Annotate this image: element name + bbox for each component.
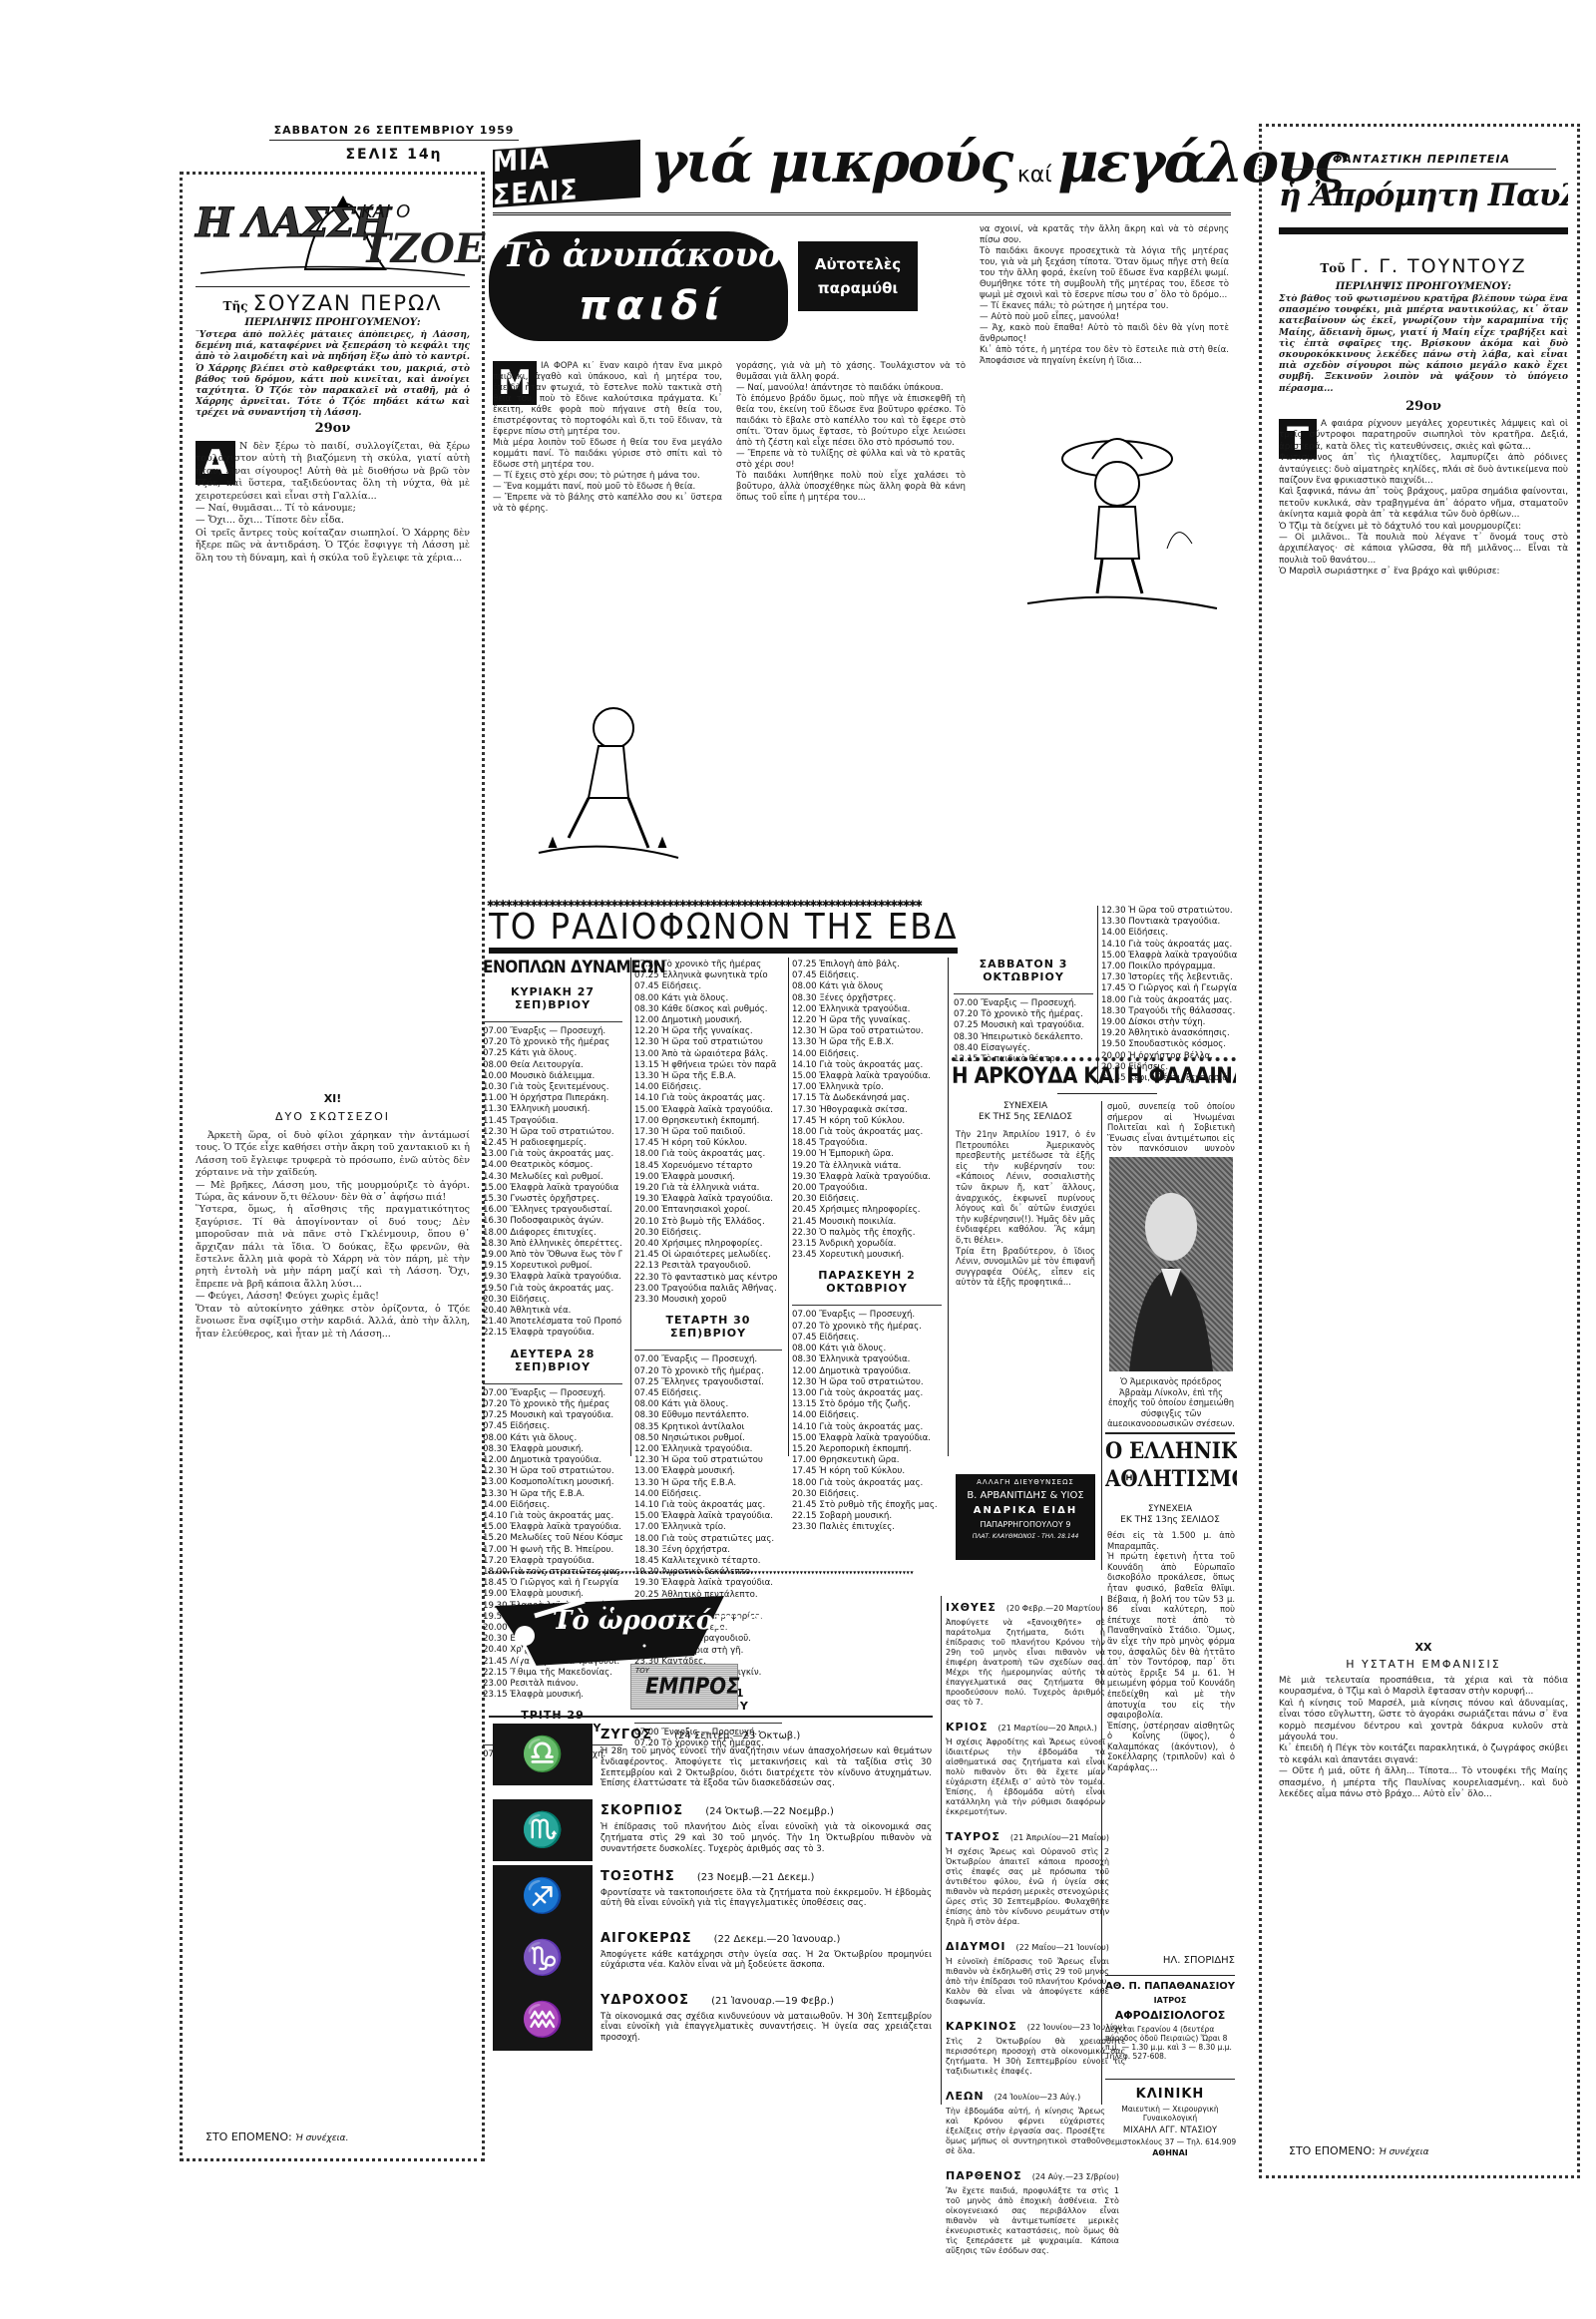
sports-cont-from: ΕΚ ΤΗΣ 13ης ΣΕΛΙΔΟΣ (1105, 1515, 1235, 1525)
sign-forecast: Ἂν ἔχετε παιδιά, προφυλάξτε τα στὶς 1 το… (946, 2186, 1119, 2256)
radio-program-item: 14.00 Εἰδήσεις. (483, 1500, 622, 1511)
column-rule (788, 958, 789, 1456)
radio-program-item: 14.10 Γιὰ τοὺς ἀκροατάς μας. (792, 1422, 942, 1433)
sign-forecast: Στὶς 2 Ὀκτωβρίου θὰ χρειασθῆτε περισσότε… (946, 2037, 1125, 2077)
radio-program-item: 08.30 Ἠπειρωτικὸ δεκάλεπτο. (954, 1032, 1093, 1043)
lassie-byline: Τῆς ΣΟΥΖΑΝ ΠΕΡΩΛ (196, 291, 470, 315)
next-issue-text: Ἡ συνέχεια (1379, 2147, 1428, 2157)
story-title-line2: παιδί (579, 283, 726, 329)
radio-program-item: 20.00 Ἑπτανησιακοὶ χοροί. (634, 1205, 782, 1216)
zodiac-symbol-icon: ♐ (493, 1865, 593, 1927)
radio-program-item: 17.45 Ἡ κόρη τοῦ Κύκλου. (792, 1466, 942, 1477)
radio-program-item: 19.30 Ἐλαφρὰ λαϊκὰ τραγούδια. (634, 1578, 782, 1589)
zodiac-symbol-icon: ♒ (493, 1989, 593, 2051)
radio-program-item: 11.30 Ἑλληνικὴ μουσική. (483, 1104, 622, 1115)
radio-program-item: 07.45 Εἰδήσεις. (792, 970, 942, 981)
radio-program-item: 12.00 Ἑλληνικὰ τραγούδια. (792, 1004, 942, 1015)
radio-program-item: 19.00 Ἡ Ἐμπορικὴ ὥρα. (792, 1149, 942, 1160)
clinic-ad: ΚΛΙΝΙΚΗ Μαιευτικὴ — Χειρουργικὴ Γυναικολ… (1105, 2087, 1235, 2157)
sign-header: ΚΡΙΟΣ(21 Μαρτίου—20 Ἀπριλ.) (946, 1716, 1105, 1735)
horoscope-sign: ΚΡΙΟΣ(21 Μαρτίου—20 Ἀπριλ.)Ἡ σχέσις Ἀφρο… (946, 1716, 1105, 1825)
radio-program-item: 18.00 Γιὰ τοὺς στρατιῶτες μας. (634, 1534, 782, 1545)
next-issue-note: ΣΤΟ ΕΠΟΜΕΝΟ: Ἡ συνέχεια. (205, 2130, 465, 2143)
section-roman: XX (1279, 1641, 1568, 1654)
radio-program-item: 22.30 Τὸ φανταστικὸ μας κέντρο (634, 1273, 782, 1284)
boy-with-hat-illustration (1017, 419, 1227, 618)
radio-program-item: 15.20 Μελωδίες τοῦ Νέου Κόσμου. (483, 1533, 622, 1544)
kids-banner-label: ΜΙΑ ΣΕΛΙΣ (493, 136, 640, 211)
lassie-title-art: Η ΛΑΣΣΗ ΚΑΙ Ο ΤΖΟΕ (196, 190, 470, 281)
sign-dates: (24 Αὐγ.—23 Σ/βρίου) (1032, 2172, 1119, 2181)
radio-program-item: 19.00 Ἐλαφρὰ μουσική. (634, 1172, 782, 1183)
sign-header: ΖΥΓΟΣ(24 Σεπτεμ.—23 Ὀκτωβ.) (600, 1724, 932, 1742)
dotted-divider: ▾▾▾▾▾▾▾▾▾▾▾▾▾▾▾▾▾▾▾▾▾▾▾▾▾▾▾▾▾▾▾▾▾▾▾▾▾▾▾▾… (487, 1568, 1235, 1577)
radio-program-item: 07.20 Τὸ χρονικὸ τῆς ἡμέρας (634, 960, 782, 970)
story-title-art: Τὸ ἀνυπάκουο παιδί (489, 231, 788, 341)
radio-program-item: 17.45 Ἡ κόρη τοῦ Κύκλου. (792, 1116, 942, 1127)
sign-header: ΔΙΔΥΜΟΙ(22 Μαΐου—21 Ἰουνίου) (946, 1935, 1109, 1954)
lassie-body-part2: Ἀρκετὴ ὥρα, οἱ δυὸ φίλοι χάρηκαν τὴν ἀντ… (196, 1130, 470, 2123)
radio-program-item: 12.45 Ἡ ραδιοεφημερίς. (483, 1138, 622, 1149)
radio-program-item: 13.00 Γιὰ τοὺς ἀκροατάς μας. (483, 1149, 622, 1160)
radio-program-item: 15.00 Ἐλαφρὰ λαϊκὰ τραγούδια. (792, 1433, 942, 1444)
banner-kai: καί (1017, 163, 1052, 188)
radio-program-item: 08.00 Θεία Λειτουργία. (483, 1060, 622, 1071)
radio-program-item: 18.45 Τραγούδια. (792, 1138, 942, 1149)
radio-program-item: 08.00 Κάτι γιὰ ὅλους (792, 981, 942, 992)
radio-program-item: 14.10 Γιὰ τοὺς ἀκροατάς μας. (792, 1060, 942, 1071)
radio-col-5: 12.30 Ἡ ὥρα τοῦ στρατιώτου.13.30 Ποντιακ… (1097, 906, 1237, 1055)
sign-forecast: Ἡ ἐπίδρασις τοῦ πλανήτου Διὸς εἶναι εὐνο… (600, 1822, 932, 1854)
falling-boy-icon (519, 688, 688, 868)
divider (1105, 1432, 1235, 1434)
ad-product: ΑΝΔΡΙΚΑ ΕΙΔΗ (956, 1505, 1095, 1516)
radio-program-item: 14.30 Μελωδίες καὶ ρυθμοί. (483, 1172, 622, 1183)
radio-program-item: 07.25 Ἕλληνες τραγουδισταί. (634, 1377, 782, 1388)
radio-program-item: 23.00 Τραγούδια παλιᾶς Ἀθήνας. (634, 1284, 782, 1295)
radio-station-name: ΕΝΟΠΛΩΝ ΔΥΝΑΜΕΩΝ (483, 958, 622, 977)
radio-day-heading: ΤΕΤΑΡΤΗ 30 ΣΕΠ)ΒΡΙΟΥ (634, 1314, 782, 1351)
portrait-photo-icon (1109, 1157, 1233, 1371)
radio-program-item: 08.00 Κάτι γιὰ ὅλους. (634, 993, 782, 1004)
horoscope-sign: ♑ΑΙΓΟΚΕΡΩΣ(22 Δεκεμ.—20 Ἰανουαρ.)Ἀποφύγε… (493, 1927, 932, 1989)
clinic-city: ΑΘΗΝΑΙ (1105, 2148, 1235, 2157)
radio-program-item: 13.00 Ἀπὸ τὰ ὡραιότερα βάλς. (634, 1049, 782, 1060)
sports-signature: ΗΛ. ΣΠΟΡΙΔΗΣ (1107, 1955, 1235, 1966)
sign-dates: (24 Ἰουλίου—23 Αὐγ.) (995, 2093, 1081, 2102)
radio-program-item: 17.00 Θρησκευτικὴ ὥρα. (792, 1455, 942, 1466)
horoscope-sign: ΛΕΩΝ(24 Ἰουλίου—23 Αὐγ.)Τὴν ἑβδομάδα αὐτ… (946, 2085, 1105, 2164)
column-rule (948, 958, 949, 1456)
radio-program-item: 17.00 Ἑλληνικὰ τρίο. (792, 1082, 942, 1093)
chapter-title: ΔΥΟ ΣΚΩΤΣΕΖΟΙ (196, 1110, 470, 1123)
fairy-tale-tag: Αὐτοτελὲς παραμύθι (798, 241, 918, 311)
radio-program-item: 19.00 Ἀπὸ τὸν Ὄθωνα ἕως τὸν Παῦλο. (483, 1250, 622, 1261)
radio-program-item: 08.30 Εὔθυμο πεντάλεπτο. (634, 1410, 782, 1421)
next-issue-text: Ἡ συνέχεια. (295, 2133, 348, 2143)
chapter-roman: XI! (196, 1092, 470, 1105)
sign-name: ΠΑΡΘΕΝΟΣ (946, 2169, 1022, 2182)
radio-schedule-sunday: 07.00 Ἔναρξις — Προσευχή.07.20 Τὸ χρονικ… (483, 1026, 622, 1340)
radio-program-item: 14.00 Θεατρικὸς κόσμος. (483, 1160, 622, 1171)
radio-program-item: 17.30 Ἡ ὥρα τοῦ παιδιοῦ. (634, 1127, 782, 1138)
radio-program-item: 15.00 Ἐλαφρὰ λαϊκὰ τραγούδια (483, 1183, 622, 1194)
fairy-tale-col3-cont (980, 623, 1229, 873)
radio-program-item: 23.15 Ἀνδρικὴ χορωδία. (792, 1239, 942, 1250)
radio-program-item: 18.00 Γιὰ τοὺς ἀκροατάς μας. (792, 1478, 942, 1489)
radio-program-item: 21.45 Στὸ ρυθμὸ τῆς ἐποχῆς μας. (792, 1500, 942, 1511)
radio-program-item: 23.30 Μουσικὴ χοροῦ (634, 1295, 782, 1306)
radio-program-item: 14.00 Εἰδήσεις. (634, 1489, 782, 1500)
radio-program-item: 19.00 Δίσκοι στὴν τύχη. (1101, 1017, 1237, 1028)
zodiac-symbol-icon: ♎ (493, 1724, 593, 1785)
sign-forecast: Ἡ σχέσις Ἄρεως καὶ Οὐρανοῦ στὶς 2 Ὀκτωβρ… (946, 1847, 1109, 1927)
radio-program-item: 20.30 Εἰδήσεις. (792, 1194, 942, 1205)
radio-program-item: 19.30 Ἐλαφρὰ λαϊκὰ τραγούδια. (634, 1194, 782, 1205)
horoscope-left-list: ♎ΖΥΓΟΣ(24 Σεπτεμ.—23 Ὀκτωβ.)Ἡ 28η τοῦ μη… (493, 1724, 932, 2054)
radio-program-item: 12.30 Ἡ ὥρα τοῦ στρατιώτου. (792, 1026, 942, 1037)
radio-schedule-tuesday-cont: 07.20 Τὸ χρονικὸ τῆς ἡμέρας07.25 Ἑλληνικ… (634, 960, 782, 1306)
sign-dates: (21 Μαρτίου—20 Ἀπριλ.) (998, 1724, 1097, 1733)
radio-schedule-friday: 07.00 Ἔναρξις — Προσευχή.07.20 Τὸ χρονικ… (792, 1310, 942, 1533)
radio-program-item: 17.00 Ποικίλο πρόγραμμα. (1101, 962, 1237, 972)
sign-name: ΤΑΥΡΟΣ (946, 1830, 1000, 1843)
radio-program-item: 14.10 Γιὰ τοὺς ἀκροατάς μας. (483, 1511, 622, 1522)
next-issue-label: ΣΤΟ ΕΠΟΜΕΝΟ: (205, 2130, 292, 2143)
radio-program-item: 21.45 Μουσικὴ ποικιλία. (792, 1217, 942, 1228)
horoscope-sign: ΚΑΡΚΙΝΟΣ(22 Ἰουνίου—23 Ἰουλίου)Στὶς 2 Ὀκ… (946, 2015, 1105, 2085)
boy-walking-icon (1017, 419, 1227, 618)
radio-program-item: 18.00 Διάφορες ἐπιτυχίες. (483, 1228, 622, 1239)
sign-name: ΥΔΡΟΧΟΟΣ (600, 1993, 689, 2008)
radio-program-item: 19.20 Γιὰ τὰ ἑλληνικὰ νιάτα. (634, 1183, 782, 1194)
radio-program-item: 18.45 Ὁ Γιῶργος καὶ ἡ Γεωργία (483, 1578, 622, 1589)
radio-program-item: 12.00 Δημοτικὴ μουσική. (634, 1015, 782, 1026)
radio-day-heading: ΚΥΡΙΑΚΗ 27 ΣΕΠ)ΒΡΙΟΥ (483, 985, 622, 1022)
radio-program-item: 13.30 Ἡ ὥρα τῆς Ε.Β.Χ. (792, 1037, 942, 1048)
radio-program-item: 07.00 Ἔναρξις — Προσευχή. (792, 1310, 942, 1321)
radio-program-item: 18.30 Ξένη ὀρχήστρα. (634, 1545, 782, 1556)
horoscope-publisher: ΤΟΥ ΕΜΠΡΟΣ (630, 1664, 738, 1710)
column-rule (941, 1596, 942, 2105)
radio-program-item: 15.00 Ἐλαφρὰ λαϊκὰ τραγούδια. (1101, 951, 1237, 962)
radio-program-item: 07.45 Εἰδήσεις. (634, 981, 782, 992)
radio-program-item: 17.00 Ἡ φωνὴ τῆς Β. Ἠπείρου. (483, 1545, 622, 1556)
sign-dates: (23 Νοεμβ.—21 Δεκεμ.) (697, 1872, 815, 1883)
horoscope-title: Τὸ ὡροσκόπιον (553, 1606, 780, 1636)
radio-program-item: 07.25 Κάτι γιὰ ὅλους. (483, 1048, 622, 1059)
radio-schedule-saturday: 07.00 Ἔναρξις — Προσευχή.07.20 Τὸ χρονικ… (954, 998, 1093, 1065)
radio-program-item: 08.35 Κρητικοὶ ἀντίλαλοι (634, 1422, 782, 1433)
radio-program-item: 18.45 Χορευόμενο τέταρτο (634, 1161, 782, 1172)
sign-dates: (21 Ἀπριλίου—21 Μαΐου) (1010, 1833, 1109, 1842)
column-rule (630, 958, 631, 1456)
radio-program-item: 17.45 Ὁ Γιῶργος καὶ ἡ Γεωργία. (1101, 983, 1237, 994)
sports-body: θέσι εἰς τὰ 1.500 μ. ἀπὸ Μπαραμπᾶς. Ἡ πρ… (1107, 1530, 1235, 1949)
radio-program-item: 19.20 Ἀθλητικὸ ἀνασκόπησις. (1101, 1028, 1237, 1039)
publisher-name: ΕΜΠΡΟΣ (645, 1675, 740, 1700)
radio-program-item: 07.25 Ἐπιλογὴ ἀπὸ βάλς. (792, 960, 942, 970)
radio-program-item: 18.00 Γιὰ τοὺς ἀκροατάς μας. (792, 1127, 942, 1138)
radio-program-item: 19.20 Τὰ ἑλληνικὰ νιάτα. (792, 1161, 942, 1172)
bear-whale-title: Η ΑΡΚΟΥΔΑ ΚΑΙ Η ΦΑΛΑΙΝΑ (952, 1064, 1236, 1089)
radio-program-item: 21.40 Ἀποτελέσματα τοῦ Προπό. (483, 1317, 622, 1328)
radio-program-item: 07.20 Τὸ χρονικὸ τῆς ἡμέρας (483, 1037, 622, 1048)
papathanasiou-ad: ΑΘ. Π. ΠΑΠΑΘΑΝΑΣΙΟΥ ΙΑΤΡΟΣ ΑΦΡΟΔΙΣΙΟΛΟΓΟ… (1105, 1981, 1235, 2061)
horoscope-sign: ΙΧΘΥΕΣ(20 Φεβρ.—20 Μαρτίου)Ἀποφύγετε νὰ … (946, 1596, 1105, 1716)
radio-program-item: 07.20 Τὸ χρονικὸ τῆς ἡμέρας. (954, 1009, 1093, 1020)
radio-program-item: 20.10 Στὸ βωμὸ τῆς Ἑλλάδος. (634, 1217, 782, 1228)
radio-program-item: 17.20 Ἐλαφρὰ τραγούδια. (483, 1556, 622, 1567)
radio-program-item: 07.25 Μουσικὴ καὶ τραγούδια. (483, 1410, 622, 1421)
radio-program-item: 18.45 Καλλιτεχνικὸ τέταρτο. (634, 1556, 782, 1567)
radio-program-item: 15.00 Ἐλαφρὰ λαϊκὰ τραγούδια. (634, 1511, 782, 1522)
joe-title-word: ΤΖΟΕ (361, 225, 485, 272)
radio-program-item: 16.00 Ἕλληνες τραγουδισταί. (483, 1205, 622, 1216)
sports-title-line2: ΑΘΛΗΤΙΣΜΟΣ (1105, 1466, 1237, 1492)
radio-program-item: 12.00 Δημοτικὰ τραγούδια. (483, 1455, 622, 1466)
doctor-role: ΙΑΤΡΟΣ (1105, 1996, 1235, 2005)
radio-program-item: 12.00 Ἑλληνικὰ τραγούδια. (634, 1444, 782, 1455)
radio-program-item: 11.00 Ἡ ὀρχήστρα Πιπεράκη. (483, 1093, 622, 1104)
radio-program-item: 08.50 Νησιώτικοι ρυθμοί. (634, 1433, 782, 1444)
horoscope-right-list: ΙΧΘΥΕΣ(20 Φεβρ.—20 Μαρτίου)Ἀποφύγετε νὰ … (946, 1596, 1105, 2264)
radio-program-item: 12.20 Ἡ ὥρα τῆς γυναίκας. (634, 1026, 782, 1037)
paulina-summary: Στὸ βάθος τοῦ φωτισμένου κρατῆρα βλέπουν… (1279, 294, 1568, 394)
page-number: ΣΕΛΙΣ 14η (269, 147, 519, 163)
radio-program-item: 17.45 Ἡ κόρη τοῦ Κύκλου. (634, 1138, 782, 1149)
ad-address: ΠΑΠΑΡΡΗΓΟΠΟΥΛΟΥ 9 (956, 1520, 1095, 1529)
radio-program-item: 14.00 Εἰδήσεις. (634, 1082, 782, 1093)
sign-name: ΙΧΘΥΕΣ (946, 1601, 997, 1614)
radio-program-item: 13.15 Ἡ φθήνεια τρώει τὸν παρᾶ (634, 1060, 782, 1071)
sports-title-line1: Ο ΕΛΛΗΝΙΚΟΣ (1105, 1438, 1237, 1464)
sign-forecast: Ἡ 28η τοῦ μηνὸς εὐνοεῖ τὴν ἀναζήτησιν νέ… (600, 1746, 932, 1789)
publisher-prefix: ΤΟΥ (635, 1667, 649, 1675)
sign-name: ΑΙΓΟΚΕΡΩΣ (600, 1931, 692, 1946)
horoscope-sign: ♏ΣΚΟΡΠΙΟΣ(24 Ὀκτωβ.—22 Νοεμβρ.)Ἡ ἐπίδρασ… (493, 1799, 932, 1864)
radio-program-item: 07.45 Εἰδήσεις. (792, 1333, 942, 1344)
radio-program-item: 07.25 Ἑλληνικὰ φωνητικὰ τρίο (634, 970, 782, 981)
radio-program-item: 22.13 Ρεσιτὰλ τραγουδιοῦ. (634, 1261, 782, 1272)
radio-program-item: 08.40 Εἰσαγωγές. (954, 1043, 1093, 1054)
clinic-address: Θεμιστοκλέους 37 — Τηλ. 614.909 (1105, 2137, 1235, 2146)
radio-program-item: 22.30 Ὁ παλμὸς τῆς ἐποχῆς. (792, 1228, 942, 1239)
radio-program-item: 15.00 Ἐλαφρὰ λαϊκὰ τραγούδια. (792, 1071, 942, 1082)
paulina-kicker: ΦΑΝΤΑΣΤΙΚΗ ΠΕΡΙΠΕΤΕΙΑ (1287, 153, 1556, 170)
sign-name: ΚΡΙΟΣ (946, 1721, 989, 1734)
doctor-name: ΑΘ. Π. ΠΑΠΑΘΑΝΑΣΙΟΥ (1105, 1981, 1235, 1992)
radio-program-item: 12.30 Ἡ ὥρα τοῦ στρατιώτου. (483, 1127, 622, 1138)
arvanitidis-ad: ΑΛΛΑΓΗ ΔΙΕΥΘΥΝΣΕΩΣ Β. ΑΡΒΑΝΙΤΙΔΗΣ & ΥΙΟΣ… (956, 1474, 1095, 1560)
radio-program-item: 12.20 Ἡ ὥρα τῆς γυναίκας. (792, 1015, 942, 1026)
radio-program-item: 20.00 Τραγούδια. (792, 1183, 942, 1194)
horoscope-sign: ΔΙΔΥΜΟΙ(22 Μαΐου—21 Ἰουνίου)Ἡ εὐνοϊκὴ ἐπ… (946, 1935, 1105, 2015)
radio-title: ΤΟ ΡΑΔΙΟΦΩΝΟΝ ΤΗΣ ΕΒΔΟΜΑΔΟΣ (489, 908, 958, 954)
zodiac-symbol-icon: ♑ (493, 1927, 593, 1989)
fairy-tale-col1: ΙΑ ΦΟΡΑ κι᾿ ἕναν καιρὸ ἦταν ἕνα μικρὸ πα… (493, 361, 722, 680)
radio-program-item: 22.15 Ἐλαφρὰ τραγούδια. (483, 1328, 622, 1339)
radio-program-item: 08.30 Ἐλαφρὰ μουσική. (483, 1444, 622, 1455)
radio-program-item: 08.30 Κάθε δίσκος καὶ ρυθμός. (634, 1004, 782, 1015)
radio-program-item: 07.00 Ἔναρξις — Προσευχή. (483, 1026, 622, 1037)
radio-program-item: 10.00 Μουσικὸ διάλειμμα. (483, 1071, 622, 1082)
clinic-name: ΚΛΙΝΙΚΗ (1105, 2087, 1235, 2102)
sign-dates: (24 Σεπτεμ.—23 Ὀκτωβ.) (674, 1731, 800, 1741)
radio-program-item: 07.20 Τὸ χρονικὸ τῆς ἡμέρας. (792, 1322, 942, 1333)
clinic-services: Μαιευτικὴ — Χειρουργικὴ Γυναικολογική (1105, 2105, 1235, 2123)
doctor-details: Δέχεται Γερανίου 4 (δευτέρα πάροδος ὁδοῦ… (1105, 2025, 1235, 2061)
sign-dates: (22 Μαΐου—21 Ἰουνίου) (1015, 1943, 1108, 1952)
horoscope-sign: ΠΑΡΘΕΝΟΣ(24 Αὐγ.—23 Σ/βρίου)Ἂν ἔχετε παι… (946, 2164, 1105, 2264)
sign-header: ΚΑΡΚΙΝΟΣ(22 Ἰουνίου—23 Ἰουλίου) (946, 2015, 1125, 2034)
sign-dates: (21 Ἰανουαρ.—19 Φεβρ.) (711, 1996, 834, 2007)
sports-cont-label: ΣΥΝΕΧΕΙΑ (1105, 1504, 1235, 1514)
paulina-body: Α φαιάρα ρίχνουν μεγάλες χορευτικὲς λάμψ… (1279, 419, 1568, 1631)
radio-program-item: 07.25 Μουσικὴ καὶ τραγούδια. (954, 1020, 1093, 1031)
summary-heading: ΠΕΡΙΛΗΨΙΣ ΠΡΟΗΓΟΥΜΕΝΟΥ: (196, 317, 470, 328)
radio-program-item: 15.00 Ἐλαφρὰ λαϊκὰ τραγούδια. (634, 1105, 782, 1116)
kids-banner-box: ΜΙΑ ΣΕΛΙΣ (493, 140, 640, 207)
next-issue-label: ΣΤΟ ΕΠΟΜΕΝΟ: (1289, 2144, 1376, 2157)
radio-program-item: 12.30 Ἡ ὥρα τοῦ στρατιώτου. (483, 1466, 622, 1477)
radio-program-item: 17.30 Ἱστορίες τῆς λεβεντιᾶς. (1101, 972, 1237, 983)
sign-dates: (20 Φεβρ.—20 Μαρτίου) (1006, 1604, 1103, 1613)
paulina-body-2: Μὲ μιὰ τελευταία προσπάθεια, τὰ χέρια κα… (1279, 1676, 1568, 2139)
radio-program-item: 17.30 Ἠθογραφικὰ σκίτσα. (792, 1105, 942, 1116)
ad-notice: ΑΛΛΑΓΗ ΔΙΕΥΘΥΝΣΕΩΣ (956, 1478, 1095, 1486)
sign-forecast: Ἡ εὐνοϊκὴ ἐπίδρασις τοῦ Ἄρεως εἶναι πιθα… (946, 1957, 1109, 2007)
author-name: ΣΟΥΖΑΝ ΠΕΡΩΛ (253, 291, 443, 315)
radio-program-item: 20.45 Χρήσιμες πληροφορίες. (792, 1205, 942, 1216)
byline-prefix: Τοῦ (1320, 261, 1345, 275)
radio-program-item: 23.45 Χορευτικὴ μουσική. (792, 1250, 942, 1261)
sign-header: ΤΟΞΟΤΗΣ(23 Νοεμβ.—21 Δεκεμ.) (600, 1865, 932, 1884)
radio-program-item: 20.40 Χρήσιμες πληροφορίες. (634, 1239, 782, 1250)
column-rule (1101, 1101, 1102, 1570)
chapter-number: 29ον (1279, 399, 1568, 414)
fairy-tale-col2: γοράσης, γιὰ νὰ μὴ τὸ χάσης. Τουλάχιστον… (736, 361, 966, 680)
radio-program-item: 18.30 Τραγούδι τῆς θάλασσας. (1101, 1006, 1237, 1017)
radio-program-item: 08.00 Κάτι γιὰ ὅλους. (792, 1344, 942, 1354)
horoscope-sign: ♐ΤΟΞΟΤΗΣ(23 Νοεμβ.—21 Δεκεμ.)Φροντίσατε … (493, 1865, 932, 1927)
radio-program-item: 21.45 Οἱ ὡραιότερες μελωδίες. (634, 1250, 782, 1261)
radio-program-item: 23.15 Ἐλαφρὰ μουσική. (483, 1690, 622, 1701)
radio-program-item: 14.00 Εἰδήσεις. (792, 1049, 942, 1060)
sign-header: ΛΕΩΝ(24 Ἰουλίου—23 Αὐγ.) (946, 2085, 1105, 2104)
sign-forecast: Φροντίσατε νὰ τακτοποιήσετε ὅλα τὰ ζητήμ… (600, 1888, 932, 1910)
tag-line-2: παραμύθι (818, 279, 899, 297)
divider (1105, 2079, 1235, 2080)
summary-heading: ΠΕΡΙΛΗΨΙΣ ΠΡΟΗΓΟΥΜΕΝΟΥ: (1279, 281, 1568, 292)
radio-program-item: 07.20 Τὸ χρονικὸ τῆς ἡμέρας. (634, 1366, 782, 1377)
section-title: Η ΥΣΤΑΤΗ ΕΜΦΑΝΙΣΙΣ (1279, 1658, 1568, 1671)
radio-program-item: 13.15 Στὸ δρόμο τῆς ζωῆς. (792, 1399, 942, 1410)
divider (196, 286, 470, 287)
story-title-line1: Τὸ ἀνυπάκουο (503, 235, 781, 275)
radio-col-3: 07.25 Ἐπιλογὴ ἀπὸ βάλς.07.45 Εἰδήσεις.08… (792, 960, 942, 1458)
radio-program-item: 14.10 Γιὰ τοὺς ἀκροατάς μας. (634, 1500, 782, 1511)
radio-program-item: 14.00 Εἰδήσεις. (1101, 928, 1237, 939)
radio-program-item: 19.30 Ἐλαφρὰ λαϊκὰ τραγούδια. (792, 1172, 942, 1183)
radio-program-item: 18.30 Ἀπὸ ἑλληνικὲς ὀπερέττες. (483, 1239, 622, 1250)
radio-program-item: 11.45 Τραγούδια. (483, 1116, 622, 1127)
radio-program-item: 10.30 Γιὰ τοὺς ξενιτεμένους. (483, 1082, 622, 1093)
lincoln-portrait (1109, 1157, 1233, 1371)
radio-day-heading: ΠΑΡΑΣΚΕΥΗ 2 ΟΚΤΩΒΡΙΟΥ (792, 1269, 942, 1306)
banner-underline (493, 212, 1231, 215)
radio-col-4: ΣΑΒΒΑΤΟΝ 3 ΟΚΤΩΒΡΙΟΥ 07.00 Ἔναρξις — Προ… (954, 956, 1093, 1055)
sign-name: ΔΙΔΥΜΟΙ (946, 1940, 1005, 1953)
lincoln-caption: Ὁ Ἀμερικανὸς πρόεδρος Ἀβραὰμ Λίνκολν, ἐπ… (1107, 1376, 1235, 1426)
sign-header: ΑΙΓΟΚΕΡΩΣ(22 Δεκεμ.—20 Ἰανουαρ.) (600, 1927, 932, 1946)
radio-program-item: 14.00 Εἰδήσεις. (792, 1410, 942, 1421)
bear-cont-from: ΕΚ ΤΗΣ 5ης ΣΕΛΙΔΟΣ (956, 1112, 1095, 1122)
radio-program-item: 15.30 Γνωστὲς ὀρχῆστρες. (483, 1194, 622, 1205)
radio-program-item: 08.00 Κάτι γιὰ ὅλους. (483, 1433, 622, 1444)
radio-program-item: 07.45 Εἰδήσεις. (634, 1388, 782, 1399)
issue-date: ΣΑΒΒΑΤΟΝ 26 ΣΕΠΤΕΜΒΡΙΟΥ 1959 (269, 124, 519, 141)
radio-program-item: 07.00 Ἔναρξις — Προσευχή. (483, 1388, 622, 1399)
radio-program-item: 17.00 Ἑλληνικὰ τρίο. (634, 1522, 782, 1533)
radio-program-item: 13.30 Ἡ ὥρα τῆς Ε.Β.Α. (483, 1489, 622, 1500)
radio-program-item: 19.50 Σπουδαστικὸς κόσμος. (1101, 1039, 1237, 1050)
tag-line-1: Αὐτοτελὲς (815, 255, 901, 273)
sign-name: ΤΟΞΟΤΗΣ (600, 1869, 675, 1884)
radio-program-item: 18.00 Γιὰ τοὺς ἀκροατάς μας. (634, 1149, 782, 1160)
sign-header: ΥΔΡΟΧΟΟΣ(21 Ἰανουαρ.—19 Φεβρ.) (600, 1989, 932, 2008)
radio-program-item: 12.30 Ἡ ὥρα τοῦ στρατιώτου (634, 1037, 782, 1048)
radio-program-item: 12.00 Δημοτικὰ τραγούδια. (792, 1366, 942, 1377)
divider (1105, 1975, 1235, 1976)
doctor-specialty: ΑΦΡΟΔΙΣΙΟΛΟΓΟΣ (1105, 2009, 1235, 2022)
radio-program-item: 13.30 Ἡ ὥρα τῆς Ε.Β.Α. (634, 1478, 782, 1489)
radio-program-item: 14.10 Γιὰ τοὺς ἀκροατάς μας. (634, 1093, 782, 1104)
sign-forecast: Ἡ σχέσις Ἀφροδίτης καὶ Ἄρεως εὐνοεῖ ἰδια… (946, 1738, 1105, 1817)
sign-name: ΛΕΩΝ (946, 2090, 985, 2103)
kids-banner-script: γιά μικρούς καί μεγάλους (650, 130, 1239, 209)
lassie-summary: Ὕστερα ἀπὸ πολλὲς μάταιες ἀπόπειρες, ἡ Λ… (196, 330, 470, 418)
ad-company: Β. ΑΡΒΑΝΙΤΙΔΗΣ & ΥΙΟΣ (956, 1490, 1095, 1501)
horoscope-sign: ♒ΥΔΡΟΧΟΟΣ(21 Ἰανουαρ.—19 Φεβρ.)Τὰ οἰκονο… (493, 1989, 932, 2054)
chapter-number: 29ον (196, 421, 470, 436)
ad-phone: ΠΛΑΤ. ΚΛΑΥΘΜΩΝΟΣ - ΤΗΛ. 28.144 (956, 1533, 1095, 1540)
radio-program-item: 07.00 Ἔναρξις — Προσευχή. (634, 1354, 782, 1365)
sign-dates: (22 Δεκεμ.—20 Ἰανουαρ.) (714, 1934, 841, 1945)
column-rule (1101, 1596, 1102, 2105)
sign-forecast: Τὰ οἰκονομικά σας σχέδια κινδυνεύουν νὰ … (600, 2012, 932, 2044)
bear-cont-label: ΣΥΝΕΧΕΙΑ (956, 1101, 1095, 1111)
next-issue-note: ΣΤΟ ΕΠΟΜΕΝΟ: Ἡ συνέχεια (1289, 2144, 1558, 2157)
radio-program-item: 20.30 Εἰδήσεις. (634, 1228, 782, 1239)
radio-program-item: 20.30 Εἰδήσεις. (792, 1489, 942, 1500)
radio-program-item: 17.00 Θρησκευτικὴ ἐκπομπή. (634, 1116, 782, 1127)
radio-col-1: ΕΝΟΠΛΩΝ ΔΥΝΑΜΕΩΝ ΚΥΡΙΑΚΗ 27 ΣΕΠ)ΒΡΙΟΥ 07… (483, 958, 622, 1456)
horoscope-sign: ΤΑΥΡΟΣ(21 Ἀπριλίου—21 Μαΐου)Ἡ σχέσις Ἄρε… (946, 1825, 1105, 1935)
sign-forecast: Ἀποφύγετε νὰ «ξανοιχθῆτε» σὲ παράτολμα ζ… (946, 1618, 1105, 1708)
radio-program-item: 19.50 Γιὰ τοὺς ἀκροατάς μας. (483, 1284, 622, 1295)
divider (489, 1716, 933, 1718)
sign-name: ΚΑΡΚΙΝΟΣ (946, 2020, 1017, 2033)
horoscope-sign: ♎ΖΥΓΟΣ(24 Σεπτεμ.—23 Ὀκτωβ.)Ἡ 28η τοῦ μη… (493, 1724, 932, 1799)
radio-day-heading: ΔΕΥΤΕΡΑ 28 ΣΕΠ)ΒΡΙΟΥ (483, 1348, 622, 1384)
boy-illustration (519, 688, 688, 868)
radio-program-item: 20.30 Εἰδήσεις. (483, 1295, 622, 1306)
paulina-title: ἡ Ἀπρόμητη Παυλίνα (1279, 178, 1568, 234)
radio-program-item: 13.00 Ἐλαφρὰ μουσική. (634, 1466, 782, 1477)
radio-program-item: 14.10 Γιὰ τοὺς ἀκροατάς μας. (1101, 940, 1237, 951)
radio-schedule-thursday-cont: 07.25 Ἐπιλογὴ ἀπὸ βάλς.07.45 Εἰδήσεις.08… (792, 960, 942, 1261)
